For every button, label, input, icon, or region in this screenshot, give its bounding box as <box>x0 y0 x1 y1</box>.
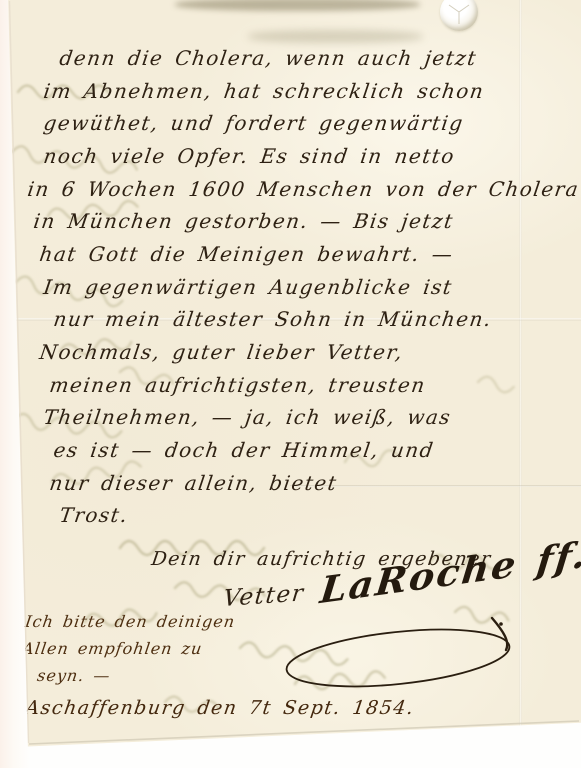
upper-bleedthrough-smudge <box>248 30 423 43</box>
scanned-letter: denn die Cholera, wenn auch jetzt im Abn… <box>0 0 581 768</box>
postscript-line: Ich bitte den deinigen <box>24 612 236 631</box>
letter-line: Theilnehmen, — ja, ich weiß, was <box>42 405 453 429</box>
postscript-line: Allen empfohlen zu <box>21 639 204 658</box>
letter-paper: denn die Cholera, wenn auch jetzt im Abn… <box>0 0 581 768</box>
letter-line: gewüthet, und fordert gegenwärtig <box>42 111 466 135</box>
letter-line: Nochmals, guter lieber Vetter, <box>38 340 405 364</box>
postscript-line: seyn. — <box>36 666 112 685</box>
letter-line: meinen aufrichtigsten, treusten <box>48 373 428 397</box>
signature-flourish <box>280 610 525 710</box>
letter-line: hat Gott die Meinigen bewahrt. — <box>38 242 455 266</box>
letter-line: es ist — doch der Himmel, und <box>52 438 436 462</box>
letter-line: nur mein ältester Sohn in München. <box>52 307 494 331</box>
top-bleedthrough-smudge <box>175 0 420 11</box>
letter-line: im Abnehmen, hat schrecklich schon <box>42 79 486 103</box>
letter-line: Im gegenwärtigen Augenblicke ist <box>42 275 454 299</box>
embossed-seal-icon <box>440 0 478 31</box>
letter-line: in 6 Wochen 1600 Menschen von der Choler… <box>26 177 581 201</box>
letter-line: denn die Cholera, wenn auch jetzt <box>58 46 479 70</box>
letter-line: nur dieser allein, bietet <box>48 471 339 495</box>
letter-line: noch viele Opfer. Es sind in netto <box>42 144 457 168</box>
letter-line: Trost. <box>58 503 130 527</box>
dateline: Aschaffenburg den 7t Sept. 1854. <box>24 697 416 719</box>
letter-line: in München gestorben. — Bis jetzt <box>32 209 455 233</box>
